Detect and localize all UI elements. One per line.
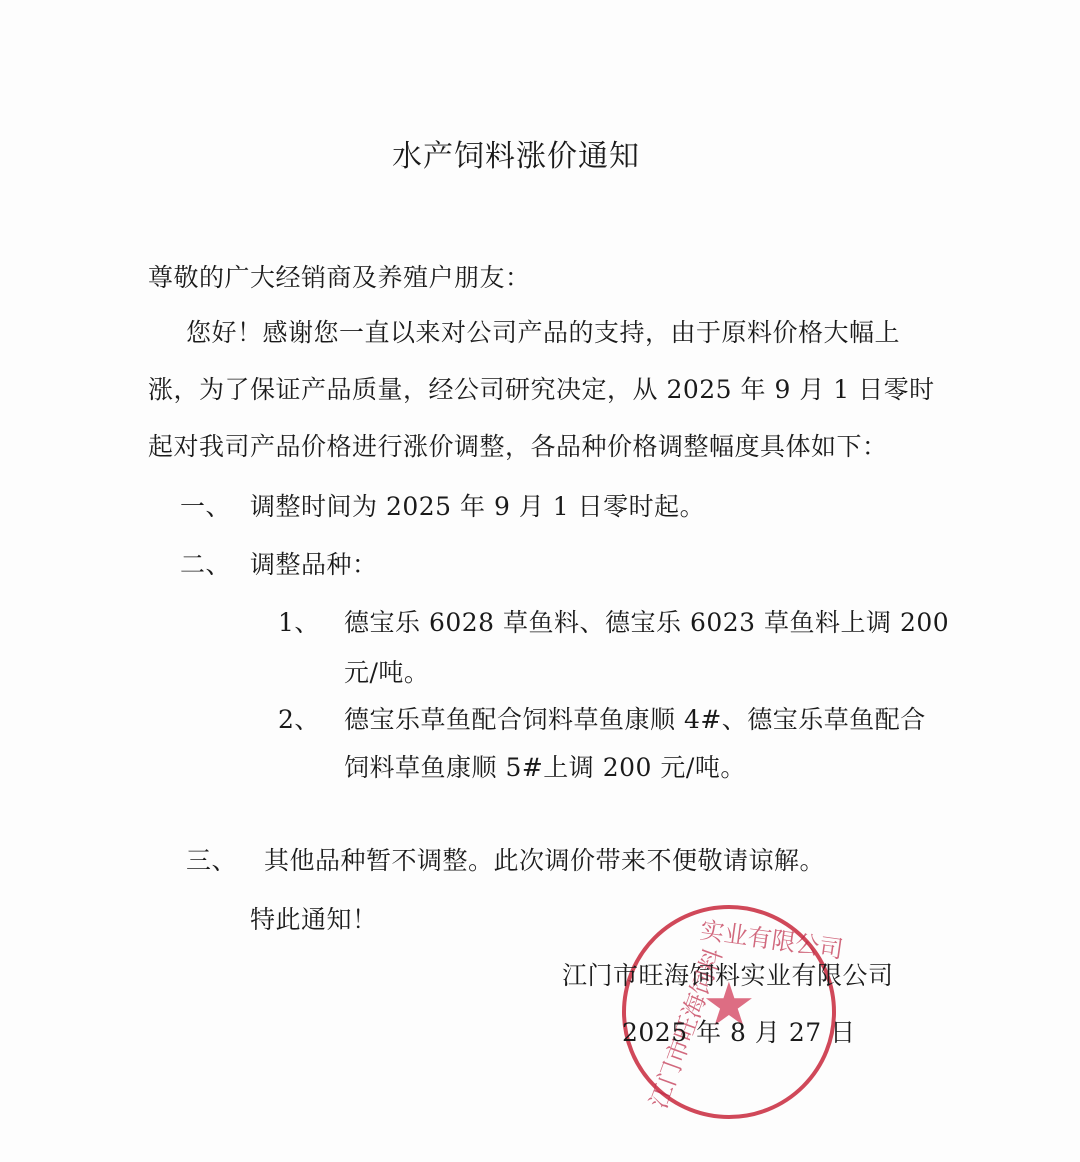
section-2-number: 二、 bbox=[180, 545, 231, 581]
closing: 特此通知！ bbox=[250, 900, 378, 936]
section-3-number: 三、 bbox=[186, 841, 237, 877]
section-3-text: 其他品种暂不调整。此次调价带来不便敬请谅解。 bbox=[264, 841, 825, 877]
company-name: 江门市旺海饲料实业有限公司 bbox=[562, 956, 894, 992]
issue-date: 2025 年 8 月 27 日 bbox=[622, 1013, 856, 1049]
item-1-line-2: 元/吨。 bbox=[344, 653, 429, 689]
section-2-text: 调整品种： bbox=[250, 545, 378, 581]
item-2-line-2: 饲料草鱼康顺 5#上调 200 元/吨。 bbox=[344, 748, 746, 784]
salutation: 尊敬的广大经销商及养殖户朋友： bbox=[148, 258, 531, 294]
section-1-number: 一、 bbox=[180, 487, 231, 523]
body-line-1: 您好！感谢您一直以来对公司产品的支持，由于原料价格大幅上 bbox=[186, 313, 900, 349]
section-1-text: 调整时间为 2025 年 9 月 1 日零时起。 bbox=[250, 487, 705, 523]
page-title: 水产饲料涨价通知 bbox=[392, 131, 640, 175]
item-2-number: 2、 bbox=[278, 700, 320, 736]
item-1-number: 1、 bbox=[278, 603, 320, 639]
body-line-2: 涨，为了保证产品质量，经公司研究决定，从 2025 年 9 月 1 日零时 bbox=[148, 370, 935, 406]
item-1-line-1: 德宝乐 6028 草鱼料、德宝乐 6023 草鱼料上调 200 bbox=[344, 603, 949, 639]
item-2-line-1: 德宝乐草鱼配合饲料草鱼康顺 4#、德宝乐草鱼配合 bbox=[344, 700, 926, 736]
body-line-3: 起对我司产品价格进行涨价调整，各品种价格调整幅度具体如下： bbox=[148, 427, 888, 463]
